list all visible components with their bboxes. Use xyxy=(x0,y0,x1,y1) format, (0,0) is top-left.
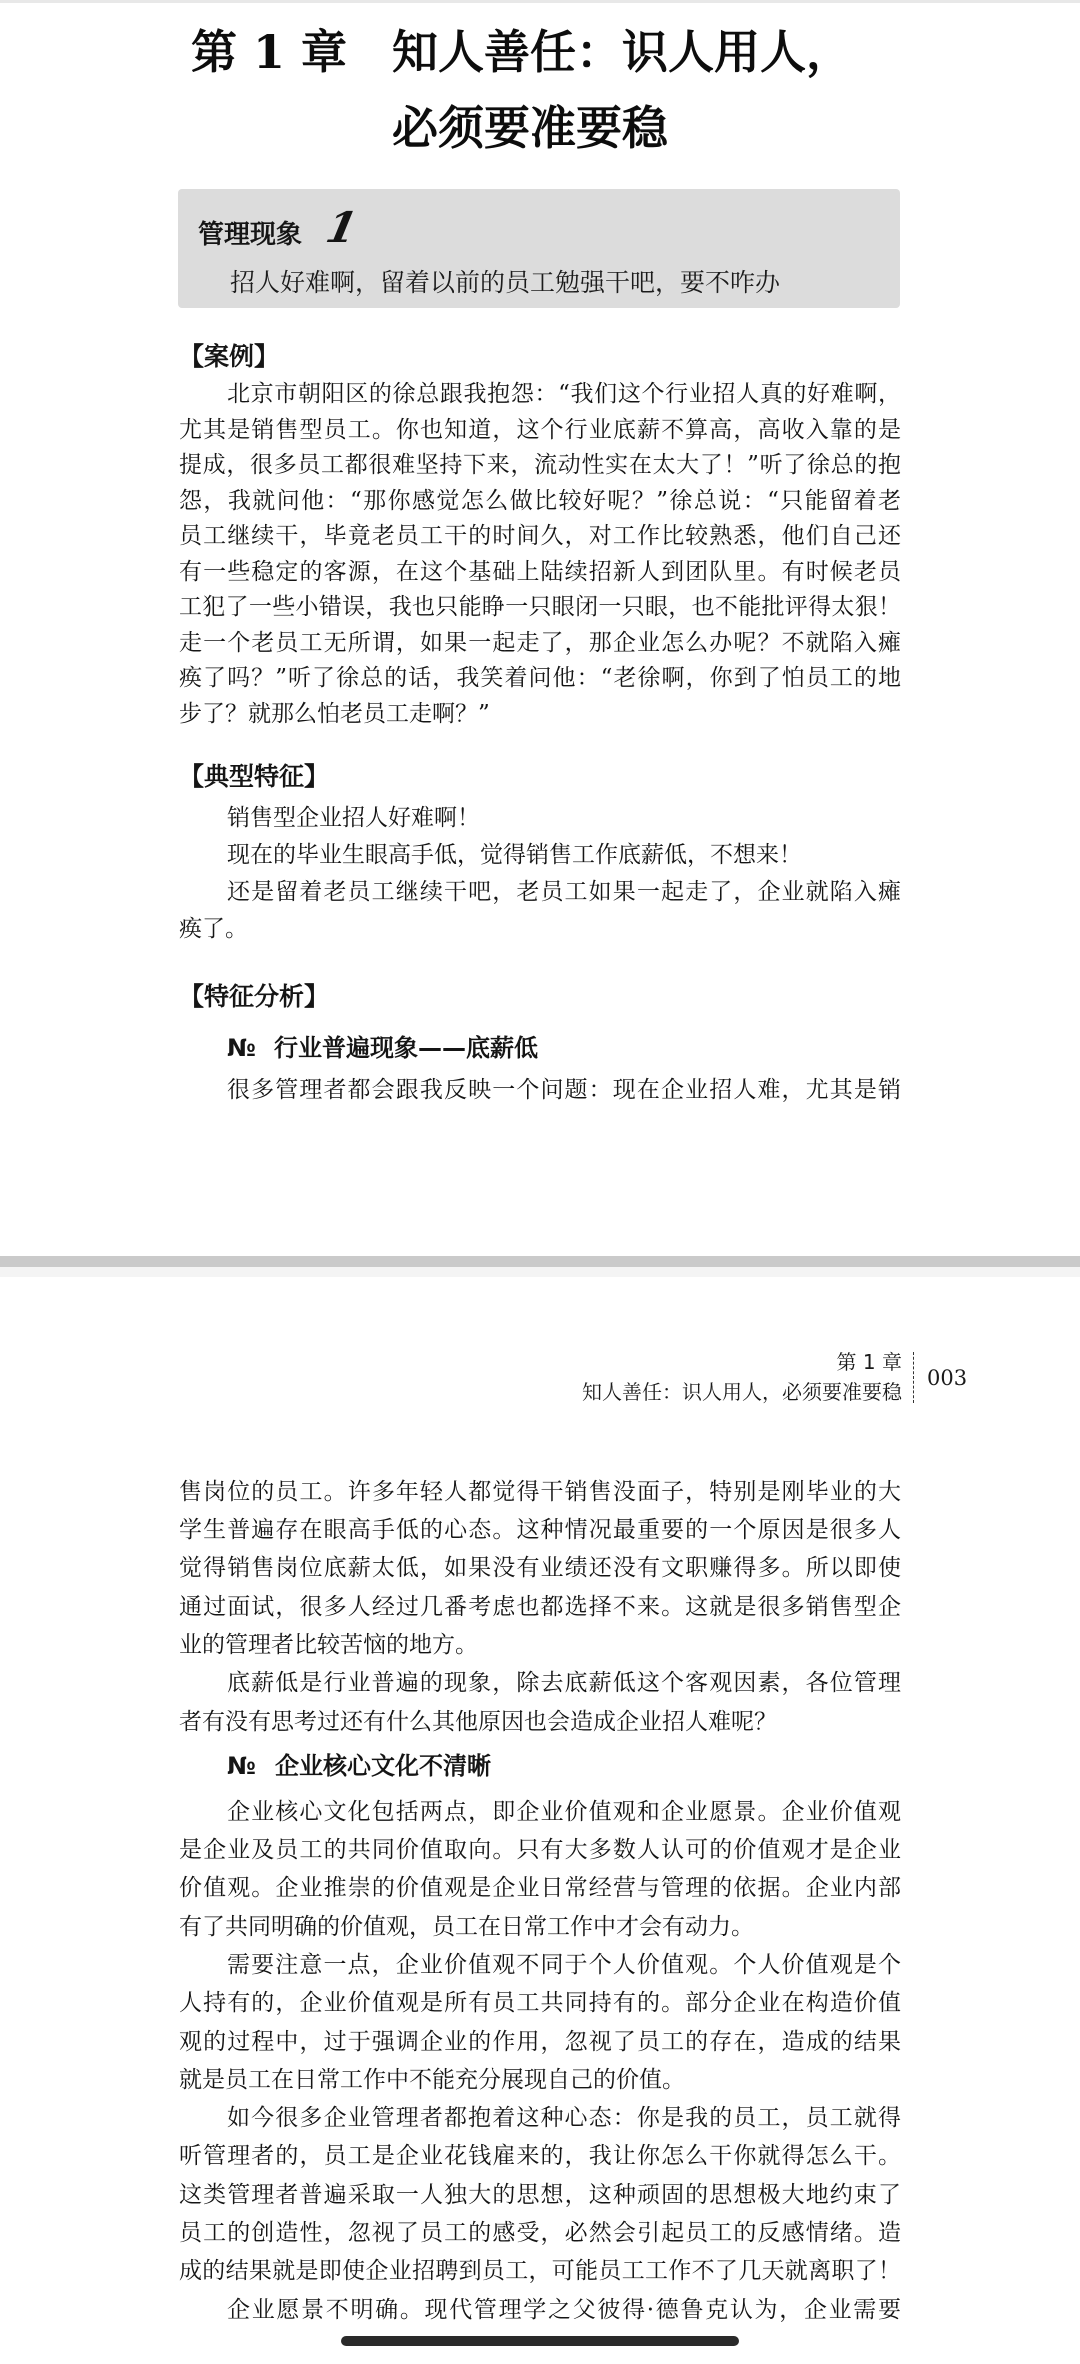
paragraph: 需要注意一点，企业价值观不同于个人价值观。个人价值观是个 人持有的，企业价值观是… xyxy=(179,1946,901,2099)
home-indicator[interactable] xyxy=(341,2336,739,2346)
page-separator-shadow xyxy=(0,1267,1080,1277)
phenomenon-number: 1 xyxy=(322,206,361,250)
text-line: 业的管理者比较苦恼的地方。 xyxy=(179,1626,901,1664)
text-line: 提成，很多员工都很难坚持下来，流动性实在太大了！”听了徐总的抱 xyxy=(179,448,901,484)
case-heading: 【案例】 xyxy=(179,339,279,375)
text-line: 痪了。 xyxy=(179,911,901,948)
case-paragraph: 北京市朝阳区的徐总跟我抱怨：“我们这个行业招人真的好难啊， 尤其是销售型员工。你… xyxy=(179,377,901,732)
text-line: 人持有的，企业价值观是所有员工共同持有的。部分企业在构造价值 xyxy=(179,1984,901,2022)
phenomenon-subtitle: 招人好难啊，留着以前的员工勉强干吧，要不咋办 xyxy=(230,265,780,301)
paragraph: 底薪低是行业普遍的现象，除去底薪低这个客观因素，各位管理 者有没有思考过还有什么… xyxy=(179,1664,901,1741)
text-line: 步了？就那么怕老员工走啊？” xyxy=(179,697,901,733)
text-line: 这类管理者普遍采取一人独大的思想，这种顽固的思想极大地约束了 xyxy=(179,2176,901,2214)
page-separator xyxy=(0,1256,1080,1267)
text-line: 售岗位的员工。许多年轻人都觉得干销售没面子，特别是刚毕业的大 xyxy=(179,1473,901,1511)
text-line: 销售型企业招人好难啊！ xyxy=(179,800,901,837)
text-line: 者有没有思考过还有什么其他原因也会造成企业招人难呢？ xyxy=(179,1703,901,1741)
text-line: 就是员工在日常工作中不能充分展现自己的价值。 xyxy=(179,2061,901,2099)
text-line: 工犯了一些小错误，我也只能睁一只眼闭一只眼，也不能批评得太狠！ xyxy=(179,590,901,626)
text-line: 是企业及员工的共同价值取向。只有大多数人认可的价值观才是企业 xyxy=(179,1831,901,1869)
text-line: 痪了吗？”听了徐总的话，我笑着问他：“老徐啊，你到了怕员工的地 xyxy=(179,661,901,697)
text-line: 底薪低是行业普遍的现象，除去底薪低这个客观因素，各位管理 xyxy=(179,1664,901,1702)
text-line: 走一个老员工无所谓，如果一起走了，那企业怎么办呢？不就陷入瘫 xyxy=(179,626,901,662)
text-line: 员工的创造性，忽视了员工的感受，必然会引起员工的反感情绪。造 xyxy=(179,2214,901,2252)
numero-marker: № xyxy=(227,1030,256,1066)
paragraph: 如今很多企业管理者都抱着这种心态：你是我的员工，员工就得 听管理者的，员工是企业… xyxy=(179,2099,901,2290)
header-dashed-divider xyxy=(913,1352,914,1403)
paragraph: 企业愿景不明确。现代管理学之父彼得·德鲁克认为，企业需要 xyxy=(179,2291,901,2329)
paragraph: 售岗位的员工。许多年轻人都觉得干销售没面子，特别是刚毕业的大 学生普遍存在眼高手… xyxy=(179,1473,901,1664)
chapter-title-line-2: 必须要准要稳 xyxy=(392,98,668,158)
feature-analysis-heading: 【特征分析】 xyxy=(179,979,329,1015)
running-header-chapter: 第 1 章 xyxy=(837,1347,902,1377)
phenomenon-label: 管理现象 xyxy=(198,215,302,255)
text-line: 学生普遍存在眼高手低的心态。这种情况最重要的一个原因是很多人 xyxy=(179,1511,901,1549)
typical-features-list: 销售型企业招人好难啊！ 现在的毕业生眼高手低，觉得销售工作底薪低，不想来！ 还是… xyxy=(179,800,901,948)
text-line: 尤其是销售型员工。你也知道，这个行业底薪不算高，高收入靠的是 xyxy=(179,413,901,449)
text-line: 有一些稳定的客源，在这个基础上陆续招新人到团队里。有时候老员 xyxy=(179,555,901,591)
text-line: 通过面试，很多人经过几番考虑也都选择不来。这就是很多销售型企 xyxy=(179,1588,901,1626)
numero-marker: № xyxy=(227,1741,256,1793)
subsection-title: 企业核心文化不清晰 xyxy=(275,1741,491,1793)
text-line: 听管理者的，员工是企业花钱雇来的，我让你怎么干你就得怎么干。 xyxy=(179,2137,901,2175)
text-line: 成的结果就是即使企业招聘到员工，可能员工工作不了几天就离职了！ xyxy=(179,2252,901,2290)
text-line: 如今很多企业管理者都抱着这种心态：你是我的员工，员工就得 xyxy=(179,2099,901,2137)
text-line: 有了共同明确的价值观，员工在日常工作中才会有动力。 xyxy=(179,1908,901,1946)
text-line: 企业核心文化包括两点，即企业价值观和企业愿景。企业价值观 xyxy=(179,1793,901,1831)
management-phenomenon-box: 管理现象 1 招人好难啊，留着以前的员工勉强干吧，要不咋办 xyxy=(178,189,900,308)
page-number: 003 xyxy=(927,1363,967,1393)
typical-features-heading: 【典型特征】 xyxy=(179,759,329,795)
text-line: 怨，我就问他：“那你感觉怎么做比较好呢？”徐总说：“只能留着老 xyxy=(179,484,901,520)
chapter-number: 第 1 章 xyxy=(191,22,347,82)
text-line: 北京市朝阳区的徐总跟我抱怨：“我们这个行业招人真的好难啊， xyxy=(179,377,901,413)
subsection-title: 行业普遍现象——底薪低 xyxy=(274,1030,538,1066)
page-2-body: 售岗位的员工。许多年轻人都觉得干销售没面子，特别是刚毕业的大 学生普遍存在眼高手… xyxy=(179,1473,901,2329)
text-line: 员工继续干，毕竟老员工干的时间久，对工作比较熟悉，他们自己还 xyxy=(179,519,901,555)
text-line: 企业愿景不明确。现代管理学之父彼得·德鲁克认为，企业需要 xyxy=(179,2291,901,2329)
text-line: 还是留着老员工继续干吧，老员工如果一起走了，企业就陷入瘫 xyxy=(179,874,901,911)
text-line: 很多管理者都会跟我反映一个问题：现在企业招人难，尤其是销 xyxy=(179,1072,901,1109)
text-line: 需要注意一点，企业价值观不同于个人价值观。个人价值观是个 xyxy=(179,1946,901,1984)
text-line: 观的过程中，过于强调企业的作用，忽视了员工的存在，造成的结果 xyxy=(179,2023,901,2061)
text-line: 价值观。企业推崇的价值观是企业日常经营与管理的依据。企业内部 xyxy=(179,1869,901,1907)
running-header-title: 知人善任：识人用人，必须要准要稳 xyxy=(582,1377,902,1407)
text-line: 现在的毕业生眼高手低，觉得销售工作底薪低，不想来！ xyxy=(179,837,901,874)
analysis-paragraph: 很多管理者都会跟我反映一个问题：现在企业招人难，尤其是销 xyxy=(179,1072,901,1109)
subsection-heading: № 企业核心文化不清晰 xyxy=(179,1741,901,1793)
paragraph: 企业核心文化包括两点，即企业价值观和企业愿景。企业价值观 是企业及员工的共同价值… xyxy=(179,1793,901,1946)
chapter-title-line-1: 知人善任：识人用人， xyxy=(392,22,852,82)
text-line: 觉得销售岗位底薪太低，如果没有业绩还没有文职赚得多。所以即使 xyxy=(179,1549,901,1587)
top-edge-band xyxy=(0,0,1080,3)
